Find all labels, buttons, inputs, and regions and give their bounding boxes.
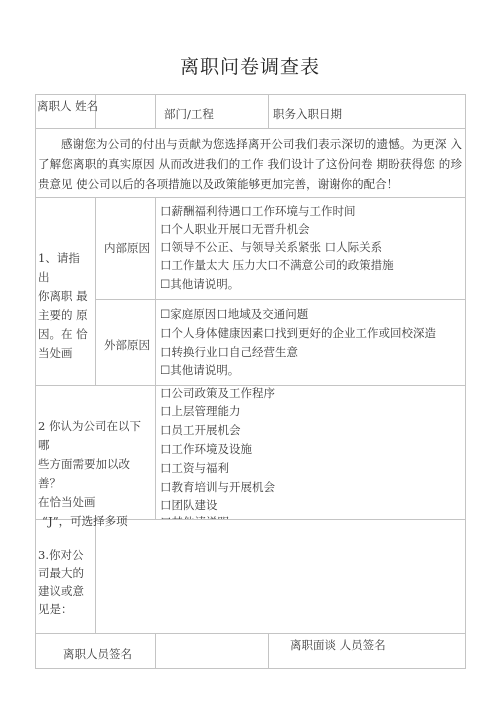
checkbox-option[interactable]: 口员工开展机会 bbox=[160, 423, 241, 437]
col-divider bbox=[155, 197, 156, 385]
col-divider bbox=[95, 519, 96, 633]
question1-label-line: 1、请指 出 bbox=[38, 249, 94, 287]
col-divider bbox=[268, 633, 269, 669]
checkbox-option[interactable]: 口领导不公正、与领导关系紧张 口人际关系 bbox=[160, 240, 382, 254]
employee-name-label: 离职人 姓名 bbox=[37, 98, 98, 114]
checkbox-option[interactable]: 口上层管理能力 bbox=[160, 404, 241, 418]
checkbox-option[interactable]: ☐其他请说明。 bbox=[160, 277, 239, 291]
question1-label-line: 当处画 bbox=[38, 344, 94, 363]
question2-options: 口公司政策及工作程序 口上层管理能力 口员工开展机会 口工作环境及设施 口工资与… bbox=[156, 386, 465, 519]
question3-label-line: 3.你对公 bbox=[38, 546, 94, 564]
position-hire-date-label: 职务入职日期 bbox=[273, 106, 342, 122]
question3-label-line: 司最大的 bbox=[38, 564, 94, 582]
question3-label-line: 建议或意 bbox=[38, 582, 94, 600]
checkbox-option[interactable]: 口个人身体健康因素口找到更好的企业工作或回校深造 bbox=[160, 326, 436, 340]
row-divider bbox=[95, 299, 466, 300]
col-divider bbox=[268, 94, 269, 128]
question1-label-line: 主要的 原 bbox=[38, 306, 94, 325]
employee-signature-field[interactable] bbox=[157, 635, 267, 667]
suggestions-answer-field[interactable] bbox=[97, 521, 464, 631]
checkbox-option[interactable]: ☐其他请说明。 bbox=[160, 363, 239, 377]
checkbox-option[interactable]: 口团队建设 bbox=[160, 498, 218, 512]
question2-label-line: 些方面需要加以改 善？ bbox=[38, 455, 156, 493]
question1-label-line: 因。在 恰 bbox=[38, 325, 94, 344]
employee-signature-label: 离职人员签名 bbox=[63, 646, 132, 662]
checkbox-option[interactable]: 口工作环境及设施 bbox=[160, 442, 252, 456]
row-divider bbox=[35, 633, 466, 634]
col-divider bbox=[155, 633, 156, 669]
question2-label-line: 在恰当处画 bbox=[38, 493, 156, 512]
employee-name-field[interactable] bbox=[97, 96, 153, 126]
department-label: 部门/工程 bbox=[164, 106, 214, 122]
checkbox-option[interactable]: 口工作量太大 压力大口不满意公司的政策措施 bbox=[160, 258, 394, 272]
internal-reasons-label: 内部原因 bbox=[104, 240, 150, 256]
col-divider bbox=[95, 197, 96, 385]
row-divider bbox=[35, 197, 466, 198]
checkbox-option[interactable]: 口公司政策及工作程序 bbox=[160, 386, 275, 400]
question3-label: 3.你对公 司最大的 建议或意 见是： bbox=[38, 546, 94, 618]
checkbox-option[interactable]: 口其他请说明 bbox=[160, 515, 229, 519]
question2-label: 2 你认为公司在以下 哪 些方面需要加以改 善？ 在恰当处画 “J”，可选择多项 bbox=[38, 417, 156, 531]
question1-label-line: 你离职 最 bbox=[38, 287, 94, 306]
row-divider bbox=[35, 128, 466, 129]
checkbox-option[interactable]: 口个人职业开展口无晋升机会 bbox=[160, 222, 310, 236]
checkbox-option[interactable]: 口教育培训与开展机会 bbox=[160, 480, 275, 494]
checkbox-option[interactable]: 口转换行业口自己经营生意 bbox=[160, 345, 298, 359]
question1-label: 1、请指 出 你离职 最 主要的 原 因。在 恰 当处画 bbox=[38, 249, 94, 363]
question3-label-line: 见是： bbox=[38, 600, 94, 618]
interviewer-signature-field[interactable] bbox=[270, 650, 464, 667]
checkbox-option[interactable]: 口工资与福利 bbox=[160, 461, 229, 475]
question2-label-line: 2 你认为公司在以下 哪 bbox=[38, 417, 156, 455]
page-title: 离职问卷调查表 bbox=[0, 52, 500, 79]
checkbox-option[interactable]: 口薪酬福利待遇口工作环境与工作时间 bbox=[160, 204, 356, 218]
checkbox-option[interactable]: ☐家庭原因口地域及交通问题 bbox=[160, 307, 308, 321]
external-reasons-label: 外部原因 bbox=[104, 337, 150, 353]
intro-paragraph: 感谢您为公司的付出与贡献为您选择离开公司我们表示深切的遗憾。为更深 入了解您离职… bbox=[38, 134, 462, 194]
col-divider bbox=[155, 94, 156, 128]
